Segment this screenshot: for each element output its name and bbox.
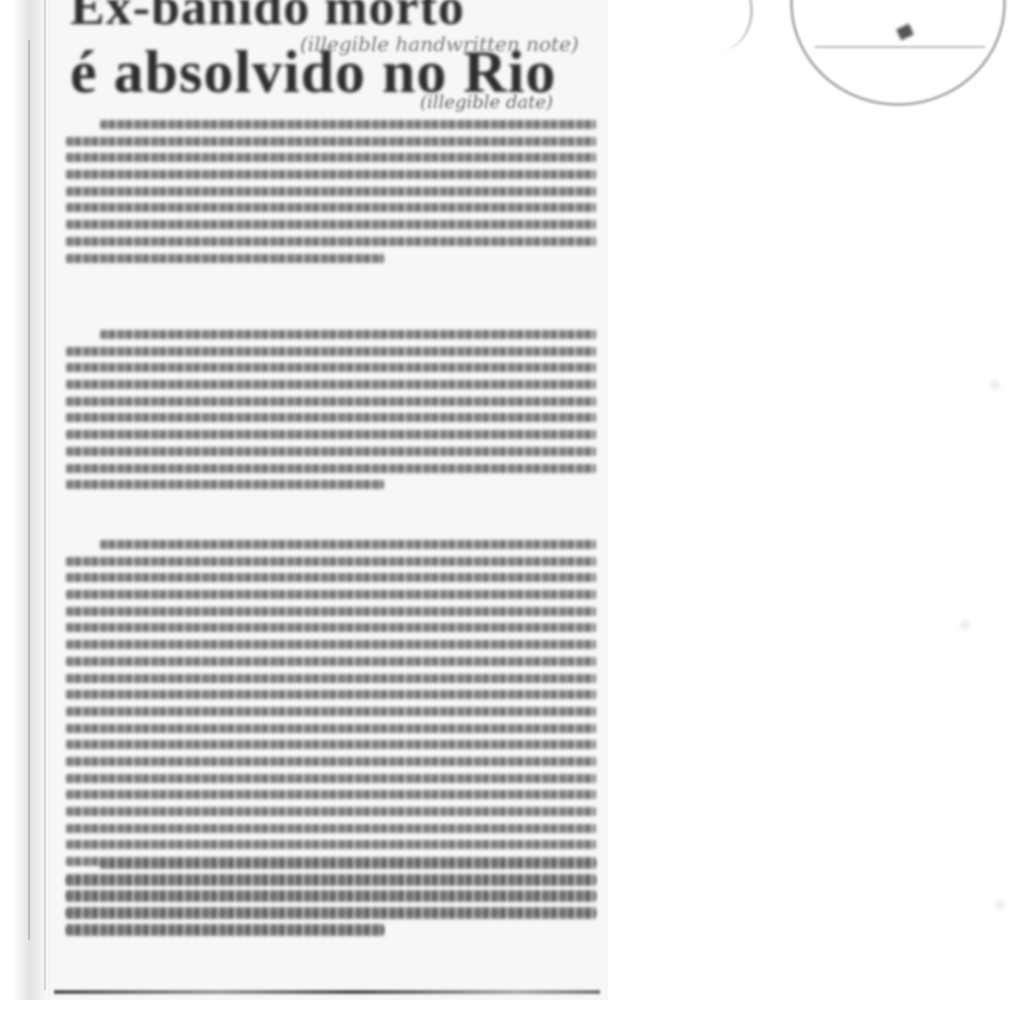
text-line bbox=[66, 607, 596, 616]
text-line bbox=[100, 120, 596, 129]
text-line bbox=[66, 690, 596, 699]
text-line bbox=[66, 840, 596, 849]
paragraph-1 bbox=[66, 120, 596, 270]
text-line bbox=[66, 397, 596, 406]
text-line bbox=[66, 220, 596, 229]
text-line bbox=[66, 807, 596, 816]
speck bbox=[990, 380, 1000, 390]
text-line bbox=[66, 893, 596, 902]
speck bbox=[995, 900, 1005, 910]
paragraph-4 bbox=[66, 860, 596, 943]
text-line bbox=[66, 254, 384, 263]
text-line bbox=[66, 824, 596, 833]
text-line bbox=[66, 623, 596, 632]
text-line bbox=[66, 187, 596, 196]
paragraph-2 bbox=[66, 330, 596, 497]
text-line bbox=[66, 447, 596, 456]
left-margin-rule bbox=[28, 40, 30, 940]
text-line bbox=[66, 707, 596, 716]
bottom-rule bbox=[54, 990, 600, 994]
text-line bbox=[100, 540, 596, 549]
text-line bbox=[66, 480, 384, 489]
text-line bbox=[66, 910, 596, 919]
circular-stamp bbox=[790, 0, 1006, 106]
text-line bbox=[66, 774, 596, 783]
text-line bbox=[66, 740, 596, 749]
stamp-arc bbox=[690, 0, 753, 50]
text-line bbox=[66, 137, 596, 146]
text-line bbox=[66, 380, 596, 389]
column-rule bbox=[44, 0, 46, 990]
text-line bbox=[66, 203, 596, 212]
text-line bbox=[66, 237, 596, 246]
text-line bbox=[66, 640, 596, 649]
text-line bbox=[66, 757, 596, 766]
text-line bbox=[66, 170, 596, 179]
text-line bbox=[66, 877, 596, 886]
text-line bbox=[66, 430, 596, 439]
text-line bbox=[66, 674, 596, 683]
text-line bbox=[66, 927, 384, 936]
text-line bbox=[100, 330, 596, 339]
speck bbox=[960, 620, 970, 630]
handwritten-note: (illegible handwritten note) bbox=[300, 32, 579, 56]
text-line bbox=[66, 790, 596, 799]
stamp-line bbox=[815, 46, 985, 48]
text-line bbox=[66, 363, 596, 372]
text-line bbox=[100, 860, 596, 869]
text-line bbox=[66, 573, 596, 582]
text-line bbox=[66, 657, 596, 666]
fold-shadow bbox=[12, 0, 52, 1000]
text-line bbox=[66, 724, 596, 733]
text-line bbox=[66, 464, 596, 473]
text-line bbox=[66, 590, 596, 599]
text-line bbox=[66, 557, 596, 566]
text-line bbox=[66, 153, 596, 162]
text-line bbox=[66, 413, 596, 422]
handwritten-date: (illegible date) bbox=[420, 92, 553, 113]
text-line bbox=[66, 347, 596, 356]
